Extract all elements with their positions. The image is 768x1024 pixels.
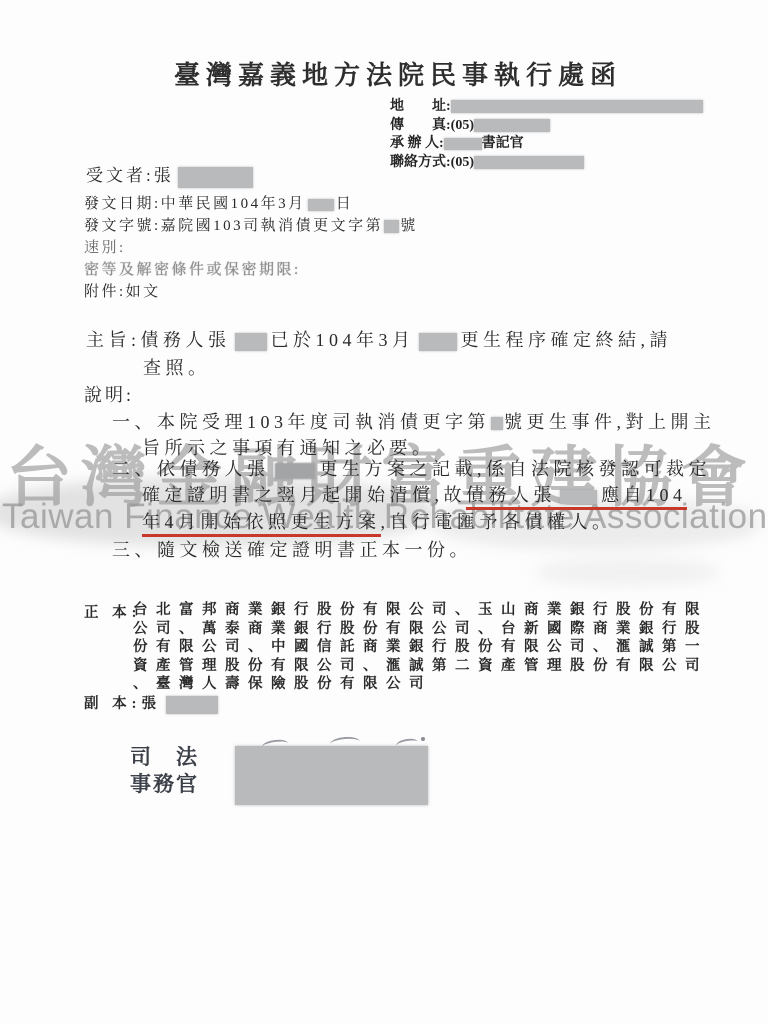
contact-label: 聯絡方式: xyxy=(390,155,451,170)
issue-date-line: 發文日期:中華民國104年3月日 xyxy=(84,193,418,215)
clerk-row: 承 辦 人:書記官 xyxy=(390,135,703,154)
contact-redaction-box xyxy=(474,156,584,169)
subject-text: 更生程序確定終結,請 xyxy=(461,330,673,350)
item2-underlined-debtor: 債務人張 xyxy=(466,485,556,505)
explanation-label: 說明: xyxy=(84,381,134,407)
signature-title-line2: 事務官 xyxy=(130,771,199,798)
item2-text-d: ,自行電匯予各債權人。 xyxy=(381,512,615,532)
security-line: 密等及解密條件或保密期限: xyxy=(84,259,418,281)
item1-number: 一、 xyxy=(112,412,157,432)
fax-row: 傳 真:(05) xyxy=(390,117,703,136)
subject-debtor: 債務人張 xyxy=(141,330,231,350)
explanation-item2-line1: 二、依債務人張更生方案之記載,係自法院核發認可裁定 xyxy=(112,455,711,481)
subject-date: 已於104年3月 xyxy=(271,330,415,350)
subject-label: 主旨: xyxy=(86,330,141,350)
attachment-line: 附件:如文 xyxy=(84,281,418,303)
red-underlined-passage-1: 債務人張應自104 xyxy=(466,485,687,510)
item2-text-c: 確定證明書之翌月起開始清償,故 xyxy=(142,485,466,505)
original-copy-list: 台北富邦商業銀行股份有限公司、玉山商業銀行股份有限 公司、萬泰商業銀行股份有限公… xyxy=(133,601,708,694)
carbon-copy-line: 副 本:張 xyxy=(84,692,218,714)
item2-redaction-box-1 xyxy=(275,463,315,479)
item3-text: 隨文檢送確定證明書正本一份。 xyxy=(157,540,472,560)
document-title: 臺灣嘉義地方法院民事執行處函 xyxy=(174,55,622,92)
subject-line-2: 查照。 xyxy=(143,354,211,380)
item1-text-a: 本院受理103年度司執消債更字第 xyxy=(157,412,490,432)
fax-redaction-box xyxy=(474,119,550,132)
speed-line: 速別: xyxy=(84,237,418,259)
doc-number-redaction-box xyxy=(384,220,399,233)
recipient-redaction-box xyxy=(178,167,253,188)
explanation-item1-line1: 一、本院受理103年度司執消債更字第號更生事件,對上開主 xyxy=(112,408,716,434)
contact-row: 聯絡方式:(05) xyxy=(390,154,703,173)
item1-text-b: 號更生事件,對上開主 xyxy=(504,412,716,432)
fax-area-code: (05) xyxy=(451,118,474,133)
item1-redaction-box xyxy=(491,417,503,430)
scanned-court-letter: 台灣金融財富重建協會 Taiwan Finance Wealth Rehabil… xyxy=(0,0,768,1024)
item2-text-b: 更生方案之記載,係自法院核發認可裁定 xyxy=(320,459,712,479)
item2-text-a: 依債務人張 xyxy=(157,459,270,479)
scan-smudge xyxy=(535,558,720,586)
clerk-redaction-box xyxy=(444,138,482,150)
address-redaction-box xyxy=(451,100,703,113)
doc-number-line: 發文字號:嘉院國103司執消債更文字第號 xyxy=(84,215,418,237)
subject-redaction-box-2 xyxy=(419,333,457,351)
explanation-item3-line1: 三、隨文檢送確定證明書正本一份。 xyxy=(112,536,472,562)
carbon-copy-label: 副 本: xyxy=(84,696,141,712)
carbon-copy-name: 張 xyxy=(141,696,161,712)
carbon-copy-redaction-box xyxy=(166,696,218,714)
meta-block: 發文日期:中華民國104年3月日 發文字號:嘉院國103司執消債更文字第號 速別… xyxy=(84,193,418,303)
subject-redaction-box-1 xyxy=(235,333,267,351)
issue-date-suffix: 日 xyxy=(336,196,354,212)
red-underlined-passage-2: 年4月開始依照更生方案 xyxy=(142,512,381,537)
signature-title: 司 法 事務官 xyxy=(130,744,199,798)
clerk-label: 承 辦 人: xyxy=(390,136,444,151)
original-copy-line: 台北富邦商業銀行股份有限公司、玉山商業銀行股份有限 xyxy=(133,601,708,620)
attachment-value: 如文 xyxy=(126,284,161,300)
recipient-label: 受文者: xyxy=(86,166,154,185)
issue-date-value: 中華民國104年3月 xyxy=(161,196,306,212)
signature-pen-dot xyxy=(421,737,425,741)
issue-date-redaction-box xyxy=(308,199,334,211)
item2-number: 二、 xyxy=(112,459,157,479)
item2-underlined-date: 應自104 xyxy=(601,485,687,505)
explanation-item2-line2: 確定證明書之翌月起開始清償,故債務人張應自104 xyxy=(142,481,687,507)
recipient-name: 張 xyxy=(154,166,174,185)
issue-date-label: 發文日期: xyxy=(84,196,161,212)
item3-number: 三、 xyxy=(112,540,157,560)
address-row: 地 址: xyxy=(390,98,703,117)
original-copy-line: 資產管理股份有限公司、滙誠第二資產管理股份有限公司 xyxy=(133,657,708,676)
doc-number-value: 嘉院國103司執消債更文字第 xyxy=(161,218,384,234)
original-copy-line: 公司、萬泰商業銀行股份有限公司、台新國際商業銀行股 xyxy=(133,620,708,639)
clerk-title: 書記官 xyxy=(482,136,524,151)
doc-number-label: 發文字號: xyxy=(84,218,161,234)
original-copy-line: 、臺灣人壽保險股份有限公司 xyxy=(133,675,708,694)
fax-label: 傳 真: xyxy=(390,118,451,133)
header-info-block: 地 址: 傳 真:(05) 承 辦 人:書記官 聯絡方式:(05) xyxy=(390,98,703,172)
address-label: 地 址: xyxy=(390,99,451,114)
subject-line-1: 主旨:債務人張已於104年3月更生程序確定終結,請 xyxy=(86,326,672,352)
signature-title-line1: 司 法 xyxy=(130,744,199,771)
item2-redaction-box-2 xyxy=(560,490,597,504)
original-copy-line: 份有限公司、中國信託商業銀行股份有限公司、滙誠第一 xyxy=(133,638,708,657)
signature-redaction-box xyxy=(235,746,428,805)
attachment-label: 附件: xyxy=(84,284,126,300)
recipient-line: 受文者:張 xyxy=(86,161,253,188)
explanation-item2-line3: 年4月開始依照更生方案,自行電匯予各債權人。 xyxy=(142,508,615,534)
contact-area-code: (05) xyxy=(451,155,474,170)
doc-number-suffix: 號 xyxy=(400,218,418,234)
